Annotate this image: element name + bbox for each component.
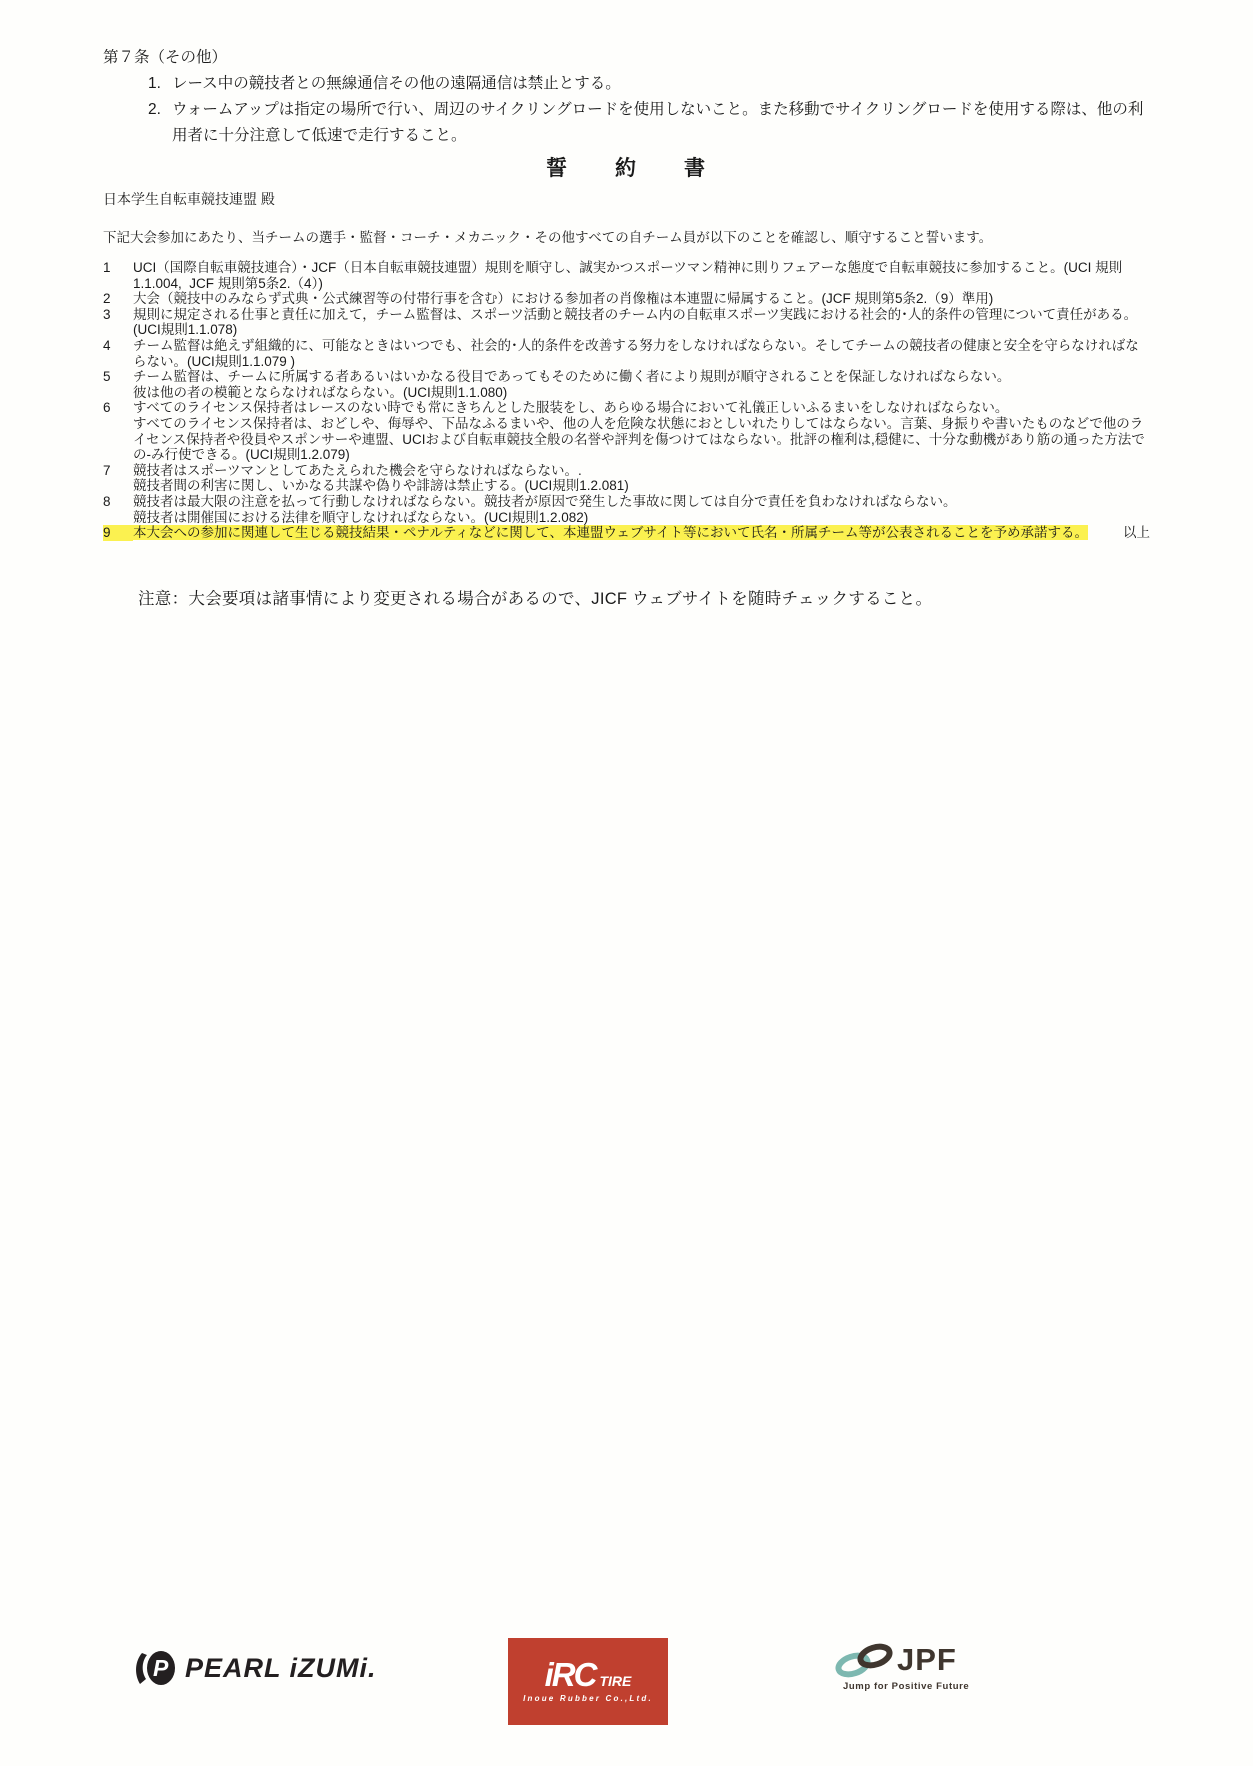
article7-heading: 第７条（その他） [103,45,1150,71]
pledge-item-number: 8 [103,494,133,510]
svg-text:P: P [153,1655,169,1681]
pledge-item-8: 8競技者は最大限の注意を払って行動しなければならない。競技者が原因で発生した事故… [103,494,1150,525]
pledge-item-1: 1UCI（国際自転車競技連合）・JCF（日本自転車競技連盟）規則を順守し、誠実か… [103,260,1150,291]
article7-item-number: 2. [148,97,172,123]
pledge-item-number: 7 [103,463,133,479]
article7-item-number: 1. [148,71,172,97]
pledge-intro: 下記大会参加にあたり、当チームの選手・監督・コーチ・メカニック・その他すべての自… [103,226,1150,246]
pledge-item-text: UCI（国際自転車競技連合）・JCF（日本自転車競技連盟）規則を順守し、誠実かつ… [133,260,1126,291]
pledge-item-2: 2大会（競技中のみならず式典・公式練習等の付帯行事を含む）における参加者の肖像権… [103,291,1150,307]
jpf-ribbon-icon [833,1642,895,1678]
irc-tire-logo: iRC TIRE Inoue Rubber Co.,Ltd. [508,1638,668,1725]
pledge-item-number: 4 [103,338,133,354]
pledge-item-9-highlighted: 9本大会への参加に関連して生じる競技結果・ペナルティなどに関して、本連盟ウェブサ… [103,525,1150,541]
pledge-item-text: 競技者はスポーツマンとしてあたえられた機会を守らなければならない。. 競技者間の… [133,463,629,494]
notice-line: 注意：大会要項は諸事情により変更される場合があるので、JICF ウェブサイトを随… [138,585,1150,609]
article7-item-text: レース中の競技者との無線通信その他の遠隔通信は禁止とする。 [172,75,621,92]
jpf-logo: JPF Jump for Positive Future [833,1642,969,1692]
pledge-item-7: 7競技者はスポーツマンとしてあたえられた機会を守らなければならない。. 競技者間… [103,463,1150,494]
article7-list: 1.レース中の競技者との無線通信その他の遠隔通信は禁止とする。 2.ウォームアッ… [148,71,1150,149]
pledge-document-page: 第７条（その他） 1.レース中の競技者との無線通信その他の遠隔通信は禁止とする。… [0,0,1253,1766]
irc-brand-text: iRC [545,1660,596,1690]
pledge-item-number: 5 [103,369,133,385]
pledge-item-number: 9 [103,525,133,541]
irc-company-text: Inoue Rubber Co.,Ltd. [523,1694,653,1703]
jpf-brand-text: JPF [897,1642,957,1678]
article7-item-text: ウォームアップは指定の場所で行い、周辺のサイクリングロードを使用しないこと。また… [172,101,1143,144]
irc-tire-text: TIRE [599,1672,631,1690]
pledge-item-6: 6すべてのライセンス保持者はレースのない時でも常にきちんとした服装をし、あらゆる… [103,400,1150,462]
pledge-item-number: 1 [103,260,133,276]
pledge-item-text: 大会（競技中のみならず式典・公式練習等の付帯行事を含む）における参加者の肖像権は… [133,291,993,306]
document-content: 第７条（その他） 1.レース中の競技者との無線通信その他の遠隔通信は禁止とする。… [103,45,1150,609]
pledge-item-text: 規則に規定される仕事と責任に加えて，チーム監督は、スポーツ活動と競技者のチーム内… [133,307,1137,338]
jpf-tagline-text: Jump for Positive Future [843,1681,969,1692]
pledge-list: 1UCI（国際自転車競技連合）・JCF（日本自転車競技連盟）規則を順守し、誠実か… [103,260,1150,541]
pledge-item-number: 3 [103,307,133,323]
pearl-izumi-logo: P PEARL iZUMi. [133,1646,377,1690]
pearl-izumi-wordmark: PEARL iZUMi. [185,1653,377,1684]
addressee-line: 日本学生自転車競技連盟 殿 [103,189,1150,209]
article7-item: 1.レース中の競技者との無線通信その他の遠隔通信は禁止とする。 [148,71,1150,97]
pledge-item-4: 4チーム監督は絶えず組織的に、可能なときはいつでも、社会的･人的条件を改善する努… [103,338,1150,369]
pledge-item-3: 3規則に規定される仕事と責任に加えて，チーム監督は、スポーツ活動と競技者のチーム… [103,307,1150,338]
pledge-item-text: チーム監督は絶えず組織的に、可能なときはいつでも、社会的･人的条件を改善する努力… [133,338,1139,369]
pledge-item-5: 5チーム監督は、チームに所属する者あるいはいかなる役目であってもそのために働く者… [103,369,1150,400]
jpf-wordmark-row: JPF [833,1642,969,1678]
pledge-item-number: 2 [103,291,133,307]
pledge-item-text: チーム監督は、チームに所属する者あるいはいかなる役目であってもそのために働く者に… [133,369,1010,400]
irc-wordmark: iRC TIRE [545,1660,632,1690]
pledge-title: 誓 約 書 [103,152,1150,182]
sponsor-footer: P PEARL iZUMi. iRC TIRE Inoue Rubber Co.… [0,1638,1253,1733]
pledge-item-number: 6 [103,400,133,416]
pledge-item-text: すべてのライセンス保持者はレースのない時でも常にきちんとした服装をし、あらゆる場… [133,400,1145,462]
pearl-izumi-mark-icon: P [133,1646,177,1690]
article7-item: 2.ウォームアップは指定の場所で行い、周辺のサイクリングロードを使用しないこと。… [148,97,1150,149]
pledge-item-text: 競技者は最大限の注意を払って行動しなければならない。競技者が原因で発生した事故に… [133,494,957,525]
pledge-item-text-highlighted: 本大会への参加に関連して生じる競技結果・ペナルティなどに関して、本連盟ウェブサイ… [133,525,1088,540]
